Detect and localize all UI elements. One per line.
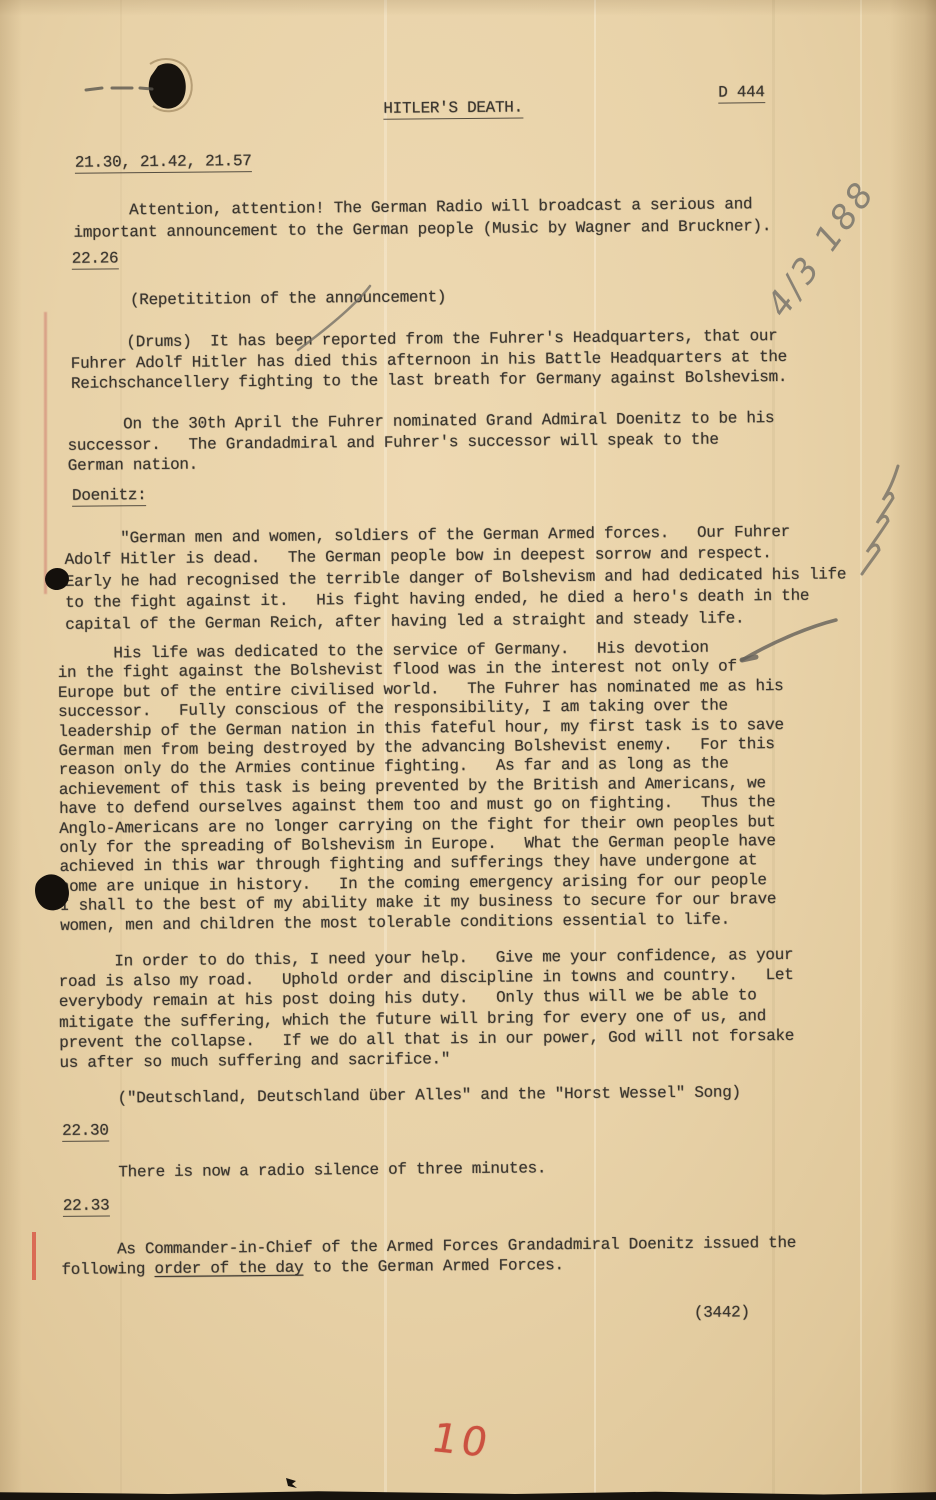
nomination-paragraph: On the 30th April the Fuhrer nominated G…: [67, 408, 774, 476]
typed-text-layer: D 444 HITLER'S DEATH. 21.30, 21.42, 21.5…: [0, 0, 936, 1500]
speaker-label: Doenitz:: [72, 486, 147, 505]
order-of-day-paragraph: As Commander-in-Chief of the Armed Force…: [61, 1233, 796, 1281]
dispatch-number: (3442): [694, 1303, 750, 1322]
document-page: D 444 HITLER'S DEATH. 21.30, 21.42, 21.5…: [0, 0, 936, 1500]
timestamp-2230: 22.30: [62, 1121, 109, 1139]
doc-reference: D 444: [718, 83, 765, 101]
songs-line: ("Deutschland, Deutschland über Alles" a…: [62, 1083, 741, 1108]
speech-paragraph-2: His life was dedicated to the service of…: [57, 638, 785, 936]
speech-paragraph-3: In order to do this, I need your help. G…: [58, 945, 794, 1073]
order-underlined-text: order of the day: [154, 1259, 303, 1278]
broadcast-times-header: 21.30, 21.42, 21.57: [75, 152, 252, 172]
repetition-line: (Repetitition of the announcement): [74, 288, 446, 310]
speech-paragraph-1: "German men and women, soldiers of the G…: [64, 521, 846, 636]
order-post-text: to the German Armed Forces.: [303, 1257, 564, 1277]
drums-paragraph: (Drums) It has been reported from the Fu…: [70, 326, 787, 395]
announcement-paragraph: Attention, attention! The German Radio w…: [73, 194, 771, 244]
page-title: HITLER'S DEATH.: [383, 98, 523, 117]
page-number: 10: [427, 1415, 495, 1466]
timestamp-2226: 22.26: [72, 249, 119, 267]
timestamp-2233: 22.33: [63, 1196, 110, 1214]
radio-silence-line: There is now a radio silence of three mi…: [62, 1159, 546, 1182]
